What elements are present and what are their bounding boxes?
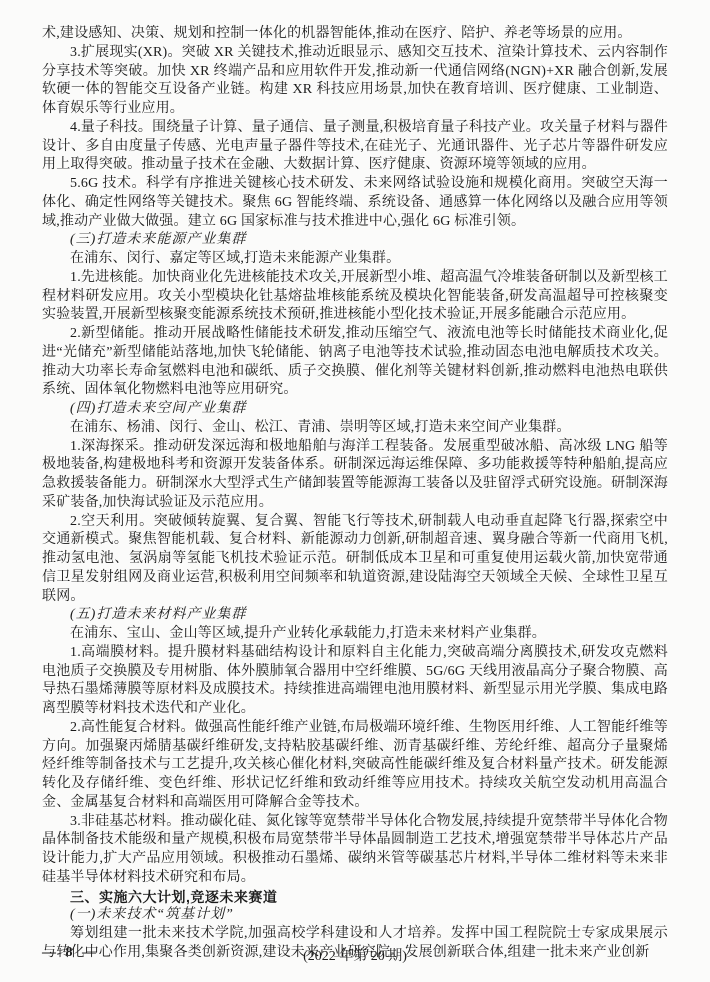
- paragraph-quantum-tech: 4.量子科技。围绕量子计算、量子通信、量子测量,积极培育量子科技产业。攻关量子材…: [42, 119, 668, 175]
- heading-energy-cluster: (三)打造未来能源产业集群: [42, 231, 668, 250]
- paragraph-composite-materials: 2.高性能复合材料。做强高性能纤维产业链,布局极端环境纤维、生物医用纤维、人工智…: [42, 719, 668, 813]
- paragraph-aerospace-use: 2.空天利用。突破倾转旋翼、复合翼、智能飞行等技术,研制载人电动垂直起降飞行器,…: [42, 513, 668, 607]
- page-footer: — 8 — (2022 年第 20 期): [42, 945, 668, 965]
- paragraph-membrane-materials: 1.高端膜材料。提升膜材料基础结构设计和原料自主化能力,突破高端分离膜技术,研发…: [42, 644, 668, 719]
- paragraph-energy-regions: 在浦东、闵行、嘉定等区域,打造未来能源产业集群。: [42, 250, 668, 269]
- heading-six-plans: 三、实施六大计划,竞逐未来赛道: [42, 888, 668, 907]
- paragraph-materials-regions: 在浦东、宝山、金山等区域,提升产业转化承载能力,打造未来材料产业集群。: [42, 625, 668, 644]
- paragraph-6g-tech: 5.6G 技术。科学有序推进关键核心技术研发、未来网络试验设施和规模化商用。突破…: [42, 175, 668, 231]
- heading-materials-cluster: (五)打造未来材料产业集群: [42, 606, 668, 625]
- paragraph-extended-reality: 3.扩展现实(XR)。突破 XR 关键技术,推动近眼显示、感知交互技术、渲染计算…: [42, 44, 668, 119]
- page-body-text: 术,建设感知、决策、规划和控制一体化的机器智能体,推动在医疗、陪护、养老等场景的…: [42, 25, 668, 963]
- heading-space-cluster: (四)打造未来空间产业集群: [42, 400, 668, 419]
- document-page: 术,建设感知、决策、规划和控制一体化的机器智能体,推动在医疗、陪护、养老等场景的…: [0, 0, 710, 982]
- continuation-paragraph: 术,建设感知、决策、规划和控制一体化的机器智能体,推动在医疗、陪护、养老等场景的…: [42, 25, 668, 44]
- paragraph-new-energy-storage: 2.新型储能。推动开展战略性储能技术研发,推动压缩空气、液流电池等长时储能技术商…: [42, 325, 668, 400]
- heading-foundation-plan: (一)未来技术“筑基计划”: [42, 906, 668, 925]
- paragraph-non-silicon-chips: 3.非硅基芯材料。推动碳化硅、氮化镓等宽禁带半导体化合物发展,持续提升宽禁带半导…: [42, 813, 668, 888]
- paragraph-advanced-nuclear: 1.先进核能。加快商业化先进核能技术攻关,开展新型小堆、超高温气冷堆装备研制以及…: [42, 269, 668, 325]
- paragraph-deep-sea-mining: 1.深海探采。推动研发深远海和极地船舶与海洋工程装备。发展重型破冰船、高冰级 L…: [42, 438, 668, 513]
- issue-label: (2022 年第 20 期): [42, 945, 668, 965]
- paragraph-space-regions: 在浦东、杨浦、闵行、金山、松江、青浦、崇明等区域,打造未来空间产业集群。: [42, 419, 668, 438]
- page-number: — 8 —: [42, 945, 99, 961]
